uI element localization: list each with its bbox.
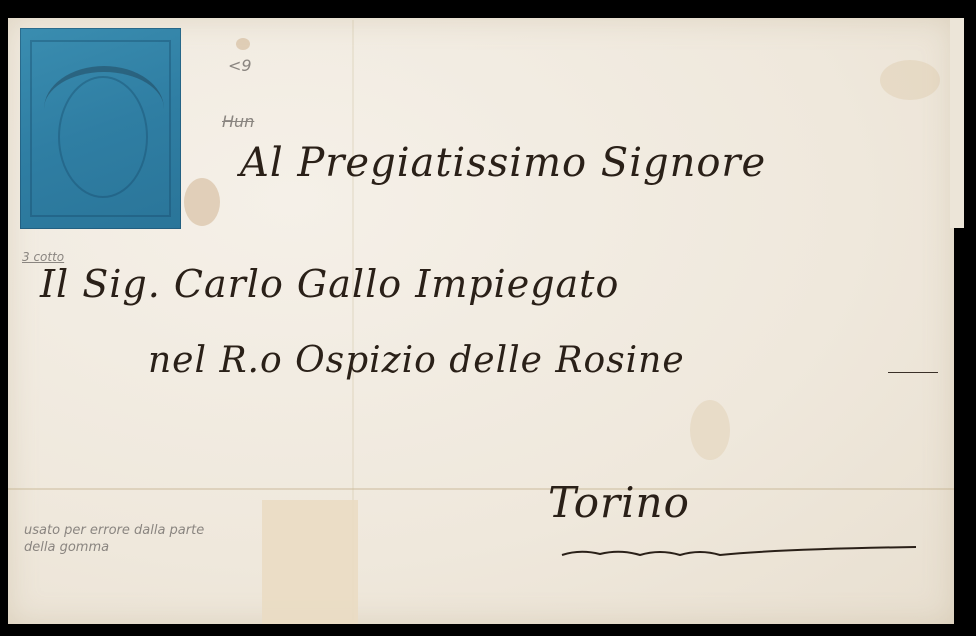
- address-line-1: Al Pregiatissimo Signore: [240, 140, 766, 186]
- foxing-stain: [690, 400, 730, 460]
- address-city: Torino: [548, 478, 690, 527]
- postage-stamp: [20, 28, 181, 229]
- line-tail-stroke: [888, 372, 938, 373]
- flourish-underline: [560, 545, 920, 559]
- address-line-3: nel R.o Ospizio delle Rosine: [148, 340, 685, 381]
- paper-repair-patch: [262, 500, 358, 624]
- letter-flap: [950, 18, 964, 228]
- pencil-note-bottom: usato per errore dalla parte della gomma: [24, 522, 224, 556]
- fold-crease-horizontal: [8, 488, 954, 490]
- foxing-stain: [236, 38, 250, 50]
- address-line-2: Il Sig. Carlo Gallo Impiegato: [40, 262, 619, 306]
- pencil-scribble: Hun: [222, 112, 254, 131]
- pencil-note-top: <9: [228, 56, 252, 75]
- postmark-cancel: [44, 66, 164, 152]
- foxing-stain: [880, 60, 940, 100]
- foxing-stain: [184, 178, 220, 226]
